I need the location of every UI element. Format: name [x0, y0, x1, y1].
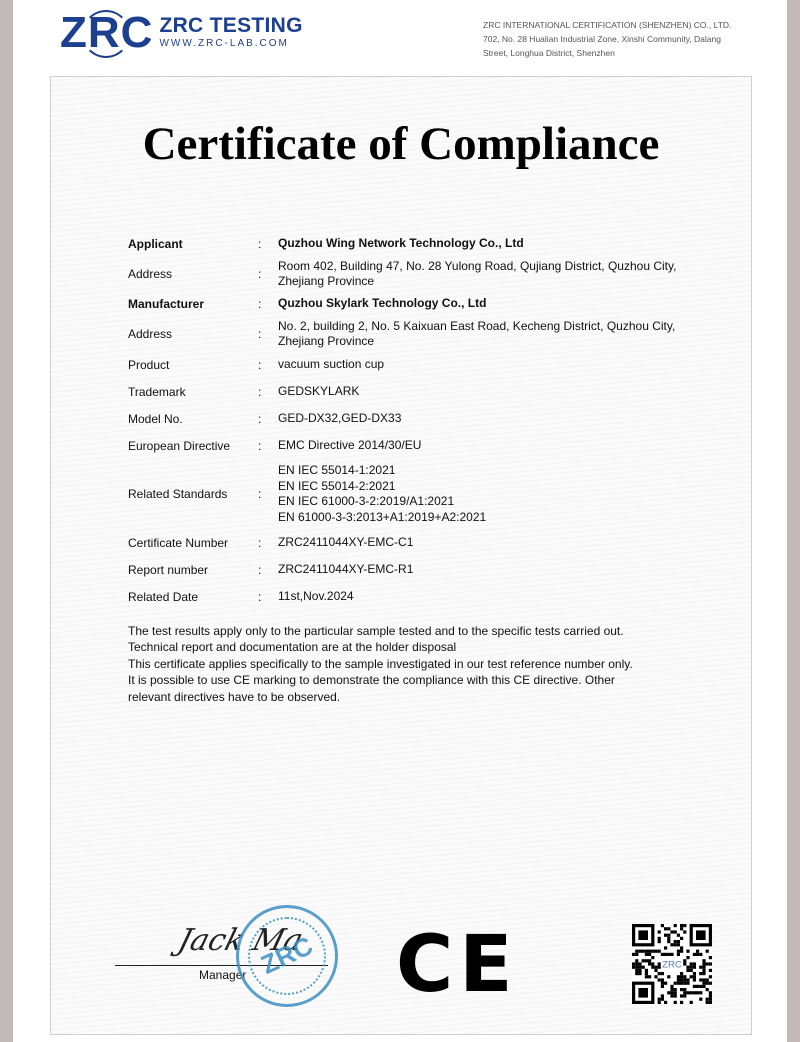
field-row: Trademark:GEDSKYLARK	[128, 378, 728, 405]
field-value-line: Quzhou Skylark Technology Co., Ltd	[278, 296, 728, 312]
field-value: EMC Directive 2014/30/EU	[278, 438, 728, 454]
logo-mark: ZRC	[60, 10, 151, 56]
field-value-line: EN 61000-3-3:2013+A1:2019+A2:2021	[278, 510, 728, 526]
zrc-stamp-icon: ZRC	[236, 905, 338, 1007]
field-row: Manufacturer:Quzhou Skylark Technology C…	[128, 291, 728, 317]
field-value: GEDSKYLARK	[278, 384, 728, 400]
note-line: relevant directives have to be observed.	[128, 689, 728, 705]
field-colon: :	[258, 439, 278, 453]
field-value-line: EN IEC 55014-2:2021	[278, 479, 728, 495]
field-value-line: ZRC2411044XY-EMC-C1	[278, 535, 728, 551]
field-colon: :	[258, 536, 278, 550]
stamp-text: ZRC	[237, 921, 337, 990]
certificate-title: Certificate of Compliance	[51, 117, 751, 171]
field-row: European Directive:EMC Directive 2014/30…	[128, 432, 728, 459]
field-label: Address	[128, 327, 258, 341]
certificate-notes: The test results apply only to the parti…	[128, 623, 728, 705]
svg-text:ZRC: ZRC	[662, 960, 682, 971]
field-value-line: vacuum suction cup	[278, 357, 728, 373]
field-label: Trademark	[128, 385, 258, 399]
field-colon: :	[258, 267, 278, 281]
field-row: Product:vacuum suction cup	[128, 351, 728, 378]
field-label: Address	[128, 267, 258, 281]
note-line: The test results apply only to the parti…	[128, 623, 728, 639]
field-label: Model No.	[128, 412, 258, 426]
field-colon: :	[258, 358, 278, 372]
qr-code-icon: ZRC	[632, 924, 712, 1004]
field-value-line: EMC Directive 2014/30/EU	[278, 438, 728, 454]
field-colon: :	[258, 297, 278, 311]
field-colon: :	[258, 412, 278, 426]
field-value-line: Zhejiang Province	[278, 334, 728, 350]
field-value: No. 2, building 2, No. 5 Kaixuan East Ro…	[278, 319, 728, 350]
field-value: Quzhou Skylark Technology Co., Ltd	[278, 296, 728, 312]
field-label: European Directive	[128, 439, 258, 453]
certificate-panel: Certificate of Compliance Applicant:Quzh…	[50, 76, 752, 1035]
field-row: Model No.:GED-DX32,GED-DX33	[128, 405, 728, 432]
field-value: vacuum suction cup	[278, 357, 728, 373]
field-label: Related Standards	[128, 487, 258, 501]
field-value: Quzhou Wing Network Technology Co., Ltd	[278, 236, 728, 252]
field-colon: :	[258, 563, 278, 577]
field-label: Certificate Number	[128, 536, 258, 550]
note-line: It is possible to use CE marking to demo…	[128, 672, 728, 688]
field-value: 11st,Nov.2024	[278, 589, 728, 605]
field-label: Manufacturer	[128, 297, 258, 311]
field-value-line: GEDSKYLARK	[278, 384, 728, 400]
field-value: EN IEC 55014-1:2021EN IEC 55014-2:2021EN…	[278, 463, 728, 525]
field-row: Address:Room 402, Building 47, No. 28 Yu…	[128, 257, 728, 291]
field-value-line: GED-DX32,GED-DX33	[278, 411, 728, 427]
field-value-line: ZRC2411044XY-EMC-R1	[278, 562, 728, 578]
note-line: Technical report and documentation are a…	[128, 639, 728, 655]
field-value-line: EN IEC 61000-3-2:2019/A1:2021	[278, 494, 728, 510]
field-value-line: Room 402, Building 47, No. 28 Yulong Roa…	[278, 259, 728, 275]
certificate-fields: Applicant:Quzhou Wing Network Technology…	[128, 231, 728, 610]
field-value: Room 402, Building 47, No. 28 Yulong Roa…	[278, 259, 728, 290]
field-colon: :	[258, 487, 278, 501]
field-row: Related Standards:EN IEC 55014-1:2021EN …	[128, 459, 728, 529]
field-colon: :	[258, 385, 278, 399]
logo-letter-r: R	[86, 10, 121, 56]
field-label: Related Date	[128, 590, 258, 604]
zrc-logo: ZRC ZRC TESTING WWW.ZRC-LAB.COM	[60, 10, 303, 56]
field-row: Certificate Number:ZRC2411044XY-EMC-C1	[128, 529, 728, 556]
field-row: Address:No. 2, building 2, No. 5 Kaixuan…	[128, 317, 728, 351]
issuer-info: ZRC INTERNATIONAL CERTIFICATION (SHENZHE…	[483, 18, 783, 60]
field-label: Applicant	[128, 237, 258, 251]
field-value-line: No. 2, building 2, No. 5 Kaixuan East Ro…	[278, 319, 728, 335]
field-value: GED-DX32,GED-DX33	[278, 411, 728, 427]
field-row: Applicant:Quzhou Wing Network Technology…	[128, 231, 728, 257]
ce-mark-icon: CE	[396, 925, 519, 1005]
certificate-page: ZRC ZRC TESTING WWW.ZRC-LAB.COM ZRC INTE…	[13, 0, 787, 1042]
field-value-line: Zhejiang Province	[278, 274, 728, 290]
field-value: ZRC2411044XY-EMC-R1	[278, 562, 728, 578]
field-colon: :	[258, 237, 278, 251]
field-row: Related Date:11st,Nov.2024	[128, 583, 728, 610]
field-value-line: Quzhou Wing Network Technology Co., Ltd	[278, 236, 728, 252]
issuer-name: ZRC INTERNATIONAL CERTIFICATION (SHENZHE…	[483, 18, 783, 32]
field-label: Product	[128, 358, 258, 372]
field-colon: :	[258, 590, 278, 604]
field-value: ZRC2411044XY-EMC-C1	[278, 535, 728, 551]
field-label: Report number	[128, 563, 258, 577]
logo-url: WWW.ZRC-LAB.COM	[159, 37, 302, 51]
field-colon: :	[258, 327, 278, 341]
issuer-address-line1: 702, No. 28 Hualian Industrial Zone, Xin…	[483, 32, 783, 46]
logo-title: ZRC TESTING	[159, 15, 302, 37]
issuer-address-line2: Street, Longhua District, Shenzhen	[483, 46, 783, 60]
note-line: This certificate applies specifically to…	[128, 656, 728, 672]
field-value-line: 11st,Nov.2024	[278, 589, 728, 605]
field-value-line: EN IEC 55014-1:2021	[278, 463, 728, 479]
field-row: Report number:ZRC2411044XY-EMC-R1	[128, 556, 728, 583]
